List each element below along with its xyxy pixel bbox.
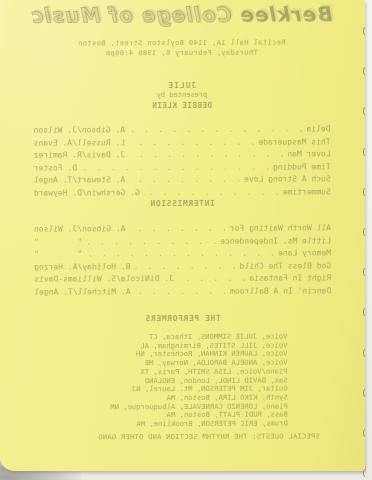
composer-name: L. Russell/A. Evans	[34, 138, 126, 147]
binding-hole: (	[358, 107, 370, 117]
school-name-bold: Berklee	[239, 2, 332, 26]
intermission-heading: INTERMISSION	[0, 198, 365, 209]
dot-leader: . . . . . . . . . . . . . . . . . . . . …	[143, 188, 280, 198]
binding-hole: (	[358, 228, 370, 238]
song-title: Dancin' In A Ballroom	[230, 286, 331, 295]
special-note: SPECIAL GUESTS: THE RHYTHM SECTION AND O…	[98, 431, 320, 441]
school-logo: Berklee College of Music	[0, 2, 364, 28]
program-second-set: All Worth Waiting For. . . . . . . . . .…	[34, 223, 331, 300]
date-line: Thursday, February 6, 1986 4:00pm	[0, 48, 364, 58]
performer-line: Drums, ERIC PETERSON, Brookline, MA	[110, 420, 287, 429]
dot-leader: . . . . . . . . . . . . . . . . . . . . …	[128, 224, 226, 233]
song-title: This Masquerade	[258, 137, 330, 146]
scanned-page: Berklee College of Music Recital Hall 1A…	[0, 0, 372, 480]
song-title: Right In Fantasia	[249, 274, 331, 283]
composer-name: " "	[34, 237, 82, 246]
song-title: Summertime	[283, 187, 331, 196]
binding-hole: (	[358, 27, 370, 37]
composer-name: A. Stewart/T. Angel	[34, 176, 126, 185]
binding-hole: (	[358, 429, 370, 439]
dot-leader: . . . . . . . . . . . . . . . . . . . . …	[133, 262, 236, 271]
binding-hole: (	[358, 389, 370, 399]
dot-leader: . . . . . . . . . . . . . . . . . . . . …	[128, 150, 284, 160]
dot-leader: . . . . . . . . . . . . . . . . . . . . …	[85, 236, 217, 246]
binding-hole: (	[358, 67, 370, 77]
dot-leader: . . . . . . . . . . . . . . . . . . . . …	[85, 249, 275, 259]
dot-leader: . . . . . . . . . . . . . . . . . . . . …	[134, 287, 228, 296]
dot-leader: . . . . . . . . . . . . . . . . . . . . …	[128, 175, 241, 184]
binding-hole: (	[358, 349, 370, 359]
composer-name: A. Gibson/J. Wilson	[34, 224, 126, 233]
binding-hole: (	[358, 148, 370, 158]
song-title: Such A Strong Love	[244, 175, 331, 184]
dot-leader: . . . . . . . . . . . . . . . . . . . . …	[128, 124, 303, 134]
song-title: Lover Man	[287, 150, 330, 159]
song-title: Little Ms. Independence	[220, 236, 331, 245]
binding-hole: (	[358, 268, 370, 278]
dot-leader: . . . . . . . . . . . . . . . . . . . . …	[80, 162, 270, 172]
binding-hole: (	[358, 188, 370, 198]
composer-name: D. Foster	[34, 163, 77, 172]
composer-name: G. Gershwin/D. Heyward	[34, 188, 140, 197]
composer-name: A. Mitchell/T. Angel	[34, 287, 130, 296]
composer-name: A. Gibson/J. Wilson	[34, 125, 126, 134]
song-title: Delia	[306, 124, 330, 133]
song-title: God Bless The Child	[240, 261, 332, 270]
presented-by-label: presented by	[0, 90, 364, 100]
dot-leader: . . . . . . . . . . . . . . . . . . . . …	[177, 274, 246, 283]
presenter-name: DEBBIE KLEIN	[0, 100, 364, 111]
composer-name: " "	[34, 250, 82, 259]
dot-leader: . . . . . . . . . . . . . . . . . . . . …	[128, 137, 255, 147]
venue-line: Recital Hall 1A, 1140 Boylston Street, B…	[0, 38, 364, 48]
school-name-outline: College of Music	[31, 3, 232, 28]
recital-title: JULIE	[0, 80, 364, 91]
bleed-through-content: Berklee College of Music Recital Hall 1A…	[0, 0, 366, 472]
binding-hole: (	[358, 308, 370, 318]
binding-hole: (	[358, 469, 370, 479]
performers-heading: THE PERFORMERS	[0, 313, 365, 324]
composer-name: J. DiNicola/S. Williams-Davis	[34, 274, 174, 284]
song-title: Memory Lane	[278, 249, 331, 258]
song-title: All Worth Waiting For	[230, 223, 331, 232]
program-first-set: Delia. . . . . . . . . . . . . . . . . .…	[34, 124, 331, 201]
paper: Berklee College of Music Recital Hall 1A…	[0, 0, 365, 471]
performers-list: Voice, JULIE SIMMONS, Ithaca, CTVoice, J…	[110, 333, 288, 430]
song-title: Time Pudding	[273, 162, 331, 171]
composer-name: J. Davis/R. Ramirez	[34, 150, 126, 159]
program-row: Dancin' In A Ballroom. . . . . . . . . .…	[34, 286, 331, 300]
composer-name: B. Holiday/A. Herzog	[34, 262, 130, 271]
